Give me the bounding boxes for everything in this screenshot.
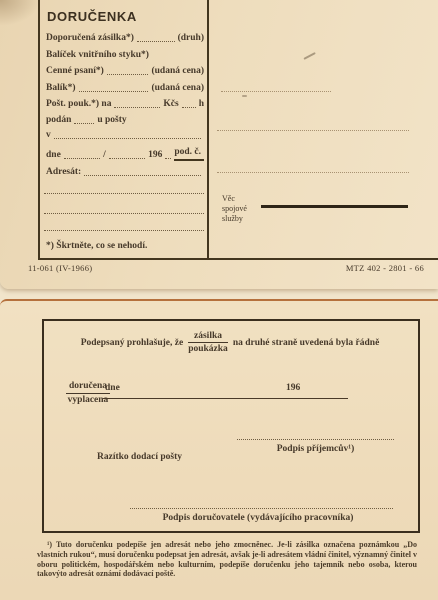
pencil-mark (303, 52, 315, 59)
recipient-signature-line (237, 439, 394, 440)
addressee-fill-line (44, 213, 204, 214)
official-matter-rule (261, 205, 408, 208)
field-place: v (46, 130, 204, 141)
fill-line (64, 158, 100, 159)
official-matter-line: spojové (222, 204, 247, 213)
post-office-stamp-label: Razítko dodací pošty (97, 452, 182, 463)
field-label: v (46, 130, 51, 141)
fill-line (137, 41, 175, 42)
field-label: Adresát: (46, 167, 81, 178)
fill-line (182, 107, 196, 108)
field-label: Pošt. pouk.*) na (46, 99, 111, 110)
fraction-bottom: poukázka (188, 342, 228, 354)
record-number-label: pod. č. (174, 147, 201, 158)
right-fill-line (221, 91, 331, 92)
frame-left-border (38, 0, 40, 259)
declaration-sentence: Podepsaný prohlašuje, že zásilka poukázk… (48, 331, 412, 354)
year-prefix: 196 (148, 150, 162, 161)
fill-line (109, 158, 145, 159)
date-label: dne (105, 383, 120, 394)
year-prefix: 196 (286, 383, 300, 394)
right-fill-line (217, 130, 409, 131)
field-money-order: Pošt. pouk.*) na Kčs h (46, 99, 204, 110)
field-label: podán (46, 115, 71, 126)
footnote-text: ¹) Tuto doručenku podepíše jen adresát n… (37, 540, 417, 579)
fill-line (79, 91, 149, 92)
field-suffix: u pošty (97, 115, 126, 126)
fill-line (74, 123, 94, 124)
recipient-signature-label: Podpis příjemcův¹) (237, 444, 394, 455)
declaration-tail: na druhé straně uvedená byla řádně (233, 338, 379, 348)
print-code: MTZ 402 - 2801 - 66 (346, 263, 424, 274)
pencil-mark (242, 95, 247, 97)
delivered-or-paid-fraction: doručena vyplacena (66, 381, 110, 406)
declaration-lead: Podepsaný prohlašuje, že (81, 338, 184, 348)
official-matter-label: Věc spojové služby (222, 194, 247, 224)
fraction-bottom: vyplacena (66, 393, 110, 406)
unit-label: h (199, 99, 204, 110)
shipment-or-order-fraction: zásilka poukázka (188, 331, 228, 354)
field-label: Balík*) (46, 83, 76, 94)
delivery-receipt-back-card: Podepsaný prohlašuje, že zásilka poukázk… (0, 299, 438, 600)
scanned-postal-form: { "colors": { "paper": "#eedcbd", "ink":… (0, 0, 438, 600)
fill-line (114, 107, 160, 108)
field-label: dne (46, 150, 61, 161)
deliverer-signature-label: Podpis doručovatele (vydávajícího pracov… (118, 513, 398, 524)
field-label: Balíček vnitřního styku*) (46, 50, 149, 61)
date-fill-line (103, 398, 348, 399)
fill-line (107, 74, 149, 75)
delivery-receipt-front-card: DORUČENKA Doporučená zásilka*) (druh) Ba… (0, 0, 438, 289)
fill-line (54, 138, 201, 139)
field-addressee: Adresát: (46, 167, 204, 178)
right-fill-line (217, 172, 409, 173)
field-note: (udaná cena) (151, 83, 204, 94)
official-matter-line: služby (222, 214, 243, 223)
fraction-top: doručena (66, 381, 110, 393)
addressee-fill-line (44, 193, 204, 194)
record-number-group: pod. č. (174, 147, 204, 161)
field-registered-item: Doporučená zásilka*) (druh) (46, 33, 204, 44)
field-note: (udaná cena) (151, 66, 204, 77)
field-date: dne / 196 pod. č. (46, 147, 204, 161)
deliverer-signature-line (130, 508, 393, 509)
addressee-fill-line (44, 230, 204, 231)
field-inner-parcel: Balíček vnitřního styku*) (46, 50, 204, 61)
frame-column-divider (207, 0, 209, 259)
fraction-top: zásilka (188, 331, 228, 342)
frame-bottom-border (38, 258, 438, 260)
strike-out-note: *) Škrtněte, co se nehodí. (46, 241, 147, 252)
form-title: DORUČENKA (47, 9, 137, 24)
official-matter-line: Věc (222, 194, 235, 203)
field-note: (druh) (178, 33, 204, 44)
field-posted-at: podán u pošty (46, 115, 204, 126)
fill-line (165, 158, 171, 159)
form-number: 11-061 (IV-1966) (28, 263, 92, 274)
field-parcel: Balík*) (udaná cena) (46, 83, 204, 94)
field-valued-letter: Cenné psaní*) (udaná cena) (46, 66, 204, 77)
fill-line (84, 175, 201, 176)
field-label: Doporučená zásilka*) (46, 33, 134, 44)
currency-label: Kčs (163, 99, 178, 110)
date-separator: / (103, 150, 106, 161)
field-label: Cenné psaní*) (46, 66, 104, 77)
